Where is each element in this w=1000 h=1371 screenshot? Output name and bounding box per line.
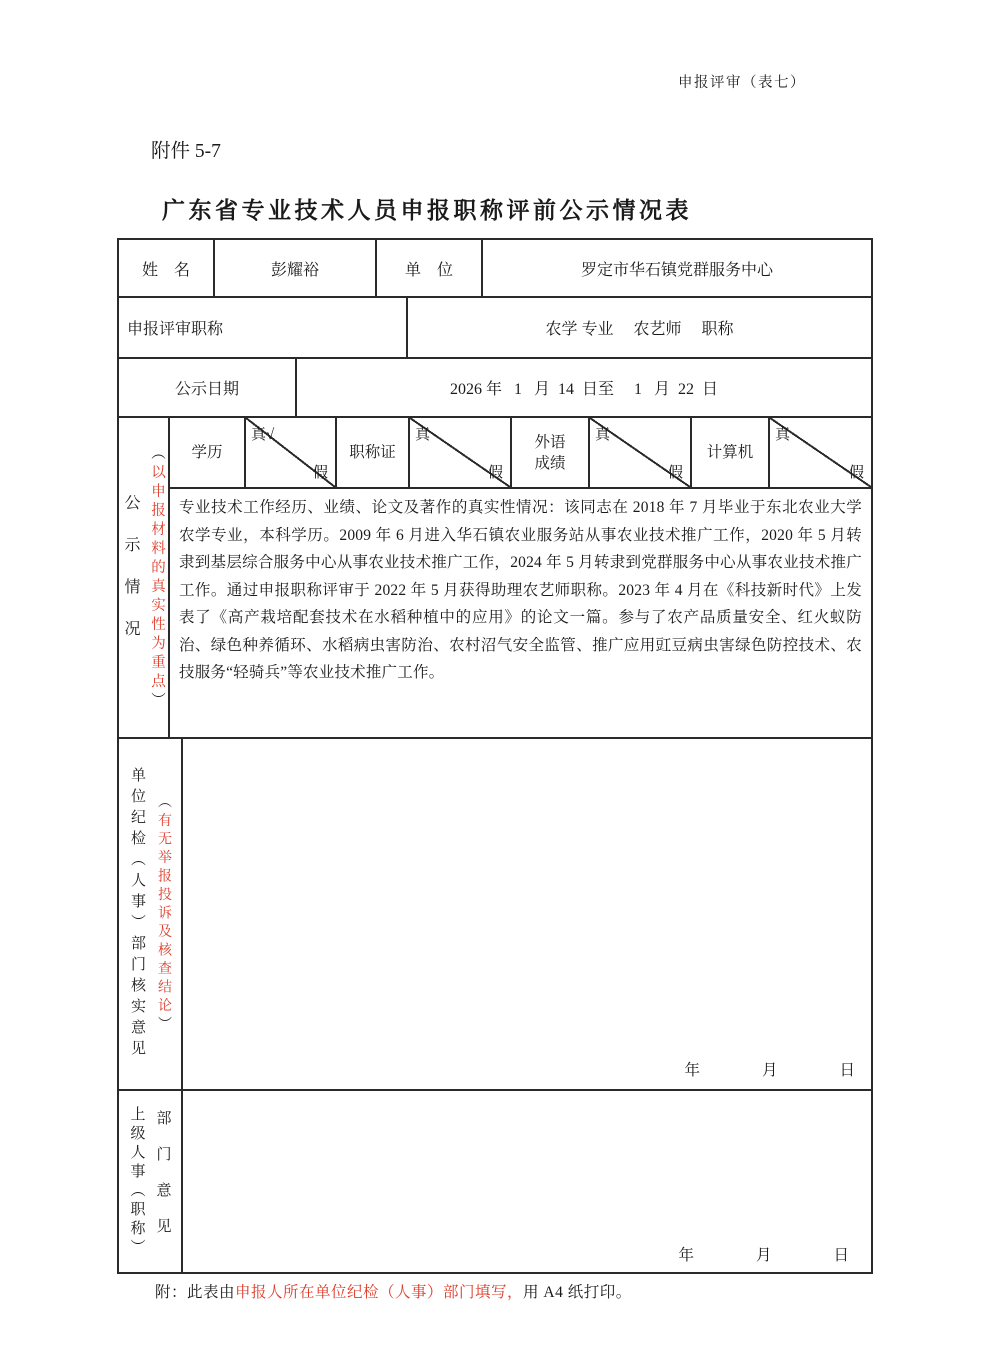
declared-title-label: 申报评审职称	[119, 298, 408, 357]
truth-check-row: 学历 真√ 假 职称证 真 假 外语 成绩 真 假 计算机	[170, 418, 871, 489]
check-label-title-cert: 职称证	[337, 418, 410, 487]
true-label: 真	[415, 423, 430, 444]
side-label-black: 单位纪检（人事）部门核实意见	[127, 767, 148, 1061]
corner-note: 申报评审（表七）	[678, 71, 806, 92]
false-label: 假	[313, 461, 328, 482]
false-label: 假	[849, 461, 864, 482]
publicity-content: 学历 真√ 假 职称证 真 假 外语 成绩 真 假 计算机	[170, 418, 871, 737]
section-publicity: 公示情况 （以申报材料的真实性为重点） 学历 真√ 假 职称证 真 假 外语 成…	[119, 418, 871, 739]
name-label: 姓 名	[119, 240, 215, 296]
check-label-education: 学历	[170, 418, 246, 487]
higher-opinion-content: 年月日	[183, 1091, 871, 1272]
section-higher-opinion: 上级人事（职称） 部门意见 年月日	[119, 1091, 871, 1272]
table-row-declared-title: 申报评审职称 农学 专业 农艺师 职称	[119, 298, 871, 359]
date-signature-line: 年月日	[678, 1243, 849, 1265]
publicity-paragraph: 专业技术工作经历、业绩、论文及著作的真实性情况：该同志在 2018 年 7 月毕…	[170, 489, 871, 739]
check-cell-title-cert: 真 假	[410, 418, 512, 487]
unit-label: 单 位	[377, 240, 483, 296]
publicity-side-label: 公示情况 （以申报材料的真实性为重点）	[119, 418, 170, 737]
month-label: 月	[756, 1247, 772, 1264]
page-title: 广东省专业技术人员申报职称评前公示情况表	[162, 192, 692, 225]
paren-open: （	[149, 445, 165, 464]
attachment-label: 附件 5-7	[151, 135, 221, 163]
true-label: 真	[595, 423, 610, 444]
side-label-right: 部门意见	[153, 1110, 174, 1254]
section-unit-verification: 单位纪检（人事）部门核实意见 （有无举报投诉及核查结论） 年月日	[119, 739, 871, 1091]
red-note-text: 有无举报投诉及核查结论	[156, 812, 171, 1016]
side-label-red-note: （有无举报投诉及核查结论）	[153, 794, 173, 1035]
check-cell-foreign-language: 真 假	[590, 418, 692, 487]
higher-opinion-side-label: 上级人事（职称） 部门意见	[119, 1091, 183, 1272]
document-page: 申报评审（表七） 附件 5-7 广东省专业技术人员申报职称评前公示情况表 姓 名…	[0, 0, 1000, 1371]
unit-verification-content: 年月日	[183, 739, 871, 1089]
year-label: 年	[678, 1247, 694, 1264]
form-table: 姓 名 彭耀裕 单 位 罗定市华石镇党群服务中心 申报评审职称 农学 专业 农艺…	[117, 238, 873, 1274]
publicity-date-value: 2026 年 1 月 14 日至 1 月 22 日	[297, 359, 871, 416]
check-label-computer: 计算机	[692, 418, 770, 487]
false-label: 假	[488, 461, 503, 482]
paren-close: ）	[156, 1016, 171, 1035]
footer-note-suffix: 用 A4 纸打印。	[523, 1284, 632, 1301]
true-label: 真	[775, 423, 790, 444]
false-label: 假	[668, 461, 683, 482]
check-cell-education: 真√ 假	[246, 418, 337, 487]
unit-value: 罗定市华石镇党群服务中心	[483, 240, 871, 296]
footer-note-prefix: 附：此表由	[155, 1284, 235, 1301]
table-row-publicity-date: 公示日期 2026 年 1 月 14 日至 1 月 22 日	[119, 359, 871, 418]
red-note-text: 以申报材料的真实性为重点	[149, 464, 165, 692]
paren-open: （	[156, 794, 171, 813]
side-label-red-note: （以申报材料的真实性为重点）	[147, 445, 168, 711]
day-label: 日	[833, 1247, 849, 1264]
unit-verification-side-label: 单位纪检（人事）部门核实意见 （有无举报投诉及核查结论）	[119, 739, 183, 1089]
declared-title-value: 农学 专业 农艺师 职称	[408, 298, 871, 357]
year-label: 年	[684, 1062, 700, 1079]
check-label-foreign-language: 外语 成绩	[512, 418, 590, 487]
check-cell-computer: 真 假	[770, 418, 871, 487]
true-checked-label: 真√	[251, 423, 274, 444]
name-value: 彭耀裕	[215, 240, 377, 296]
publicity-date-label: 公示日期	[119, 359, 297, 416]
date-signature-line: 年月日	[684, 1058, 855, 1080]
month-label: 月	[762, 1062, 778, 1079]
footer-note: 附：此表由申报人所在单位纪检（人事）部门填写，用 A4 纸打印。	[155, 1280, 632, 1302]
side-label-black: 公示情况	[119, 494, 142, 662]
day-label: 日	[839, 1062, 855, 1079]
side-label-left: 上级人事（职称）	[127, 1106, 148, 1258]
table-row-name-unit: 姓 名 彭耀裕 单 位 罗定市华石镇党群服务中心	[119, 240, 871, 298]
paren-close: ）	[149, 692, 165, 711]
footer-note-red: 申报人所在单位纪检（人事）部门填写，	[235, 1284, 523, 1301]
